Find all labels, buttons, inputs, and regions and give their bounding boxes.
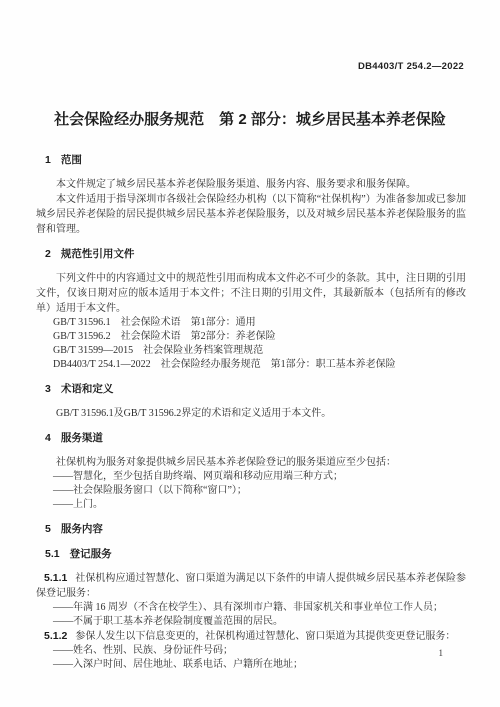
paragraph: 下列文件中的内容通过文中的规范性引用而构成本文件必不可少的条款。其中，注日期的引… bbox=[36, 271, 466, 316]
document-body: 1范围本文件规定了城乡居民基本养老保险服务渠道、服务内容、服务要求和服务保障。本… bbox=[36, 143, 466, 672]
clause-number: 3 bbox=[45, 383, 51, 395]
paragraph: GB/T 31596.1及GB/T 31596.2界定的术语和定义适用于本文件。 bbox=[36, 406, 466, 421]
dash-list-item: ——入深户时间、居住地址、联系电话、户籍所在地址； bbox=[36, 658, 466, 672]
page-title: 社会保险经办服务规范 第 2 部分：城乡居民基本养老保险 bbox=[35, 110, 465, 130]
dash-list-item: ——智慧化，至少包括自助终端、网页端和移动应用端三种方式； bbox=[36, 470, 466, 484]
clause-text: 社保机构应通过智慧化、窗口渠道为满足以下条件的申请人提供城乡居民基本养老保险参保… bbox=[36, 573, 466, 599]
page-number: 1 bbox=[439, 648, 444, 658]
clause-text: 登记服务 bbox=[70, 548, 112, 560]
clause-number: 5.1.2 bbox=[44, 630, 67, 642]
dash-list-item: ——年满 16 周岁（不含在校学生）、具有深圳市户籍、非国家机关和事业单位工作人… bbox=[36, 601, 466, 615]
clause-number: 5.1.1 bbox=[44, 572, 67, 584]
numbered-clause: 5.1.2参保人发生以下信息变更的，社保机构通过智慧化、窗口渠道为其提供变更登记… bbox=[36, 629, 466, 644]
paragraph: 本文件规定了城乡居民基本养老保险服务渠道、服务内容、服务要求和服务保障。 bbox=[36, 177, 466, 192]
numbered-clause: 5.1.1社保机构应通过智慧化、窗口渠道为满足以下条件的申请人提供城乡居民基本养… bbox=[36, 571, 466, 601]
clause-heading: 4服务渠道 bbox=[36, 431, 466, 446]
reference-item: GB/T 31596.1 社会保险术语 第1部分：通用 bbox=[36, 316, 466, 330]
subclause-heading: 5.1登记服务 bbox=[36, 547, 466, 562]
clause-number: 4 bbox=[45, 432, 51, 444]
clause-number: 2 bbox=[45, 248, 51, 260]
clause-number: 1 bbox=[45, 154, 51, 166]
clause-heading: 1范围 bbox=[36, 153, 466, 168]
dash-list-item: ——不属于职工基本养老保险制度覆盖范围的居民。 bbox=[36, 615, 466, 629]
dash-list-item: ——上门。 bbox=[36, 498, 466, 512]
reference-item: GB/T 31599—2015 社会保险业务档案管理规范 bbox=[36, 344, 466, 358]
clause-heading: 3术语和定义 bbox=[36, 382, 466, 397]
clause-text: 参保人发生以下信息变更的，社保机构通过智慧化、窗口渠道为其提供变更登记服务： bbox=[75, 631, 455, 642]
standard-number-header: DB4403/T 254.2—2022 bbox=[358, 61, 464, 72]
clause-text: 范围 bbox=[61, 154, 82, 166]
dash-list-item: ——姓名、性别、民族、身份证件号码； bbox=[36, 644, 466, 658]
clause-text: 规范性引用文件 bbox=[61, 248, 135, 260]
reference-item: GB/T 31596.2 社会保险术语 第2部分：养老保险 bbox=[36, 330, 466, 344]
clause-text: 服务渠道 bbox=[61, 432, 103, 444]
standard-document-page: DB4403/T 254.2—2022 社会保险经办服务规范 第 2 部分：城乡… bbox=[0, 0, 500, 707]
clause-heading: 5服务内容 bbox=[36, 522, 466, 537]
clause-number: 5.1 bbox=[45, 548, 60, 560]
clause-text: 术语和定义 bbox=[61, 383, 114, 395]
paragraph: 社保机构为服务对象提供城乡居民基本养老保险登记的服务渠道应至少包括： bbox=[36, 455, 466, 470]
clause-text: 服务内容 bbox=[61, 523, 103, 535]
reference-item: DB4403/T 254.1—2022 社会保险经办服务规范 第1部分：职工基本… bbox=[36, 358, 466, 372]
clause-heading: 2规范性引用文件 bbox=[36, 247, 466, 262]
paragraph: 本文件适用于指导深圳市各级社会保险经办机构（以下简称“社保机构”）为准备参加或已… bbox=[36, 192, 466, 237]
clause-number: 5 bbox=[45, 523, 51, 535]
dash-list-item: ——社会保险服务窗口（以下简称“窗口”）； bbox=[36, 484, 466, 498]
